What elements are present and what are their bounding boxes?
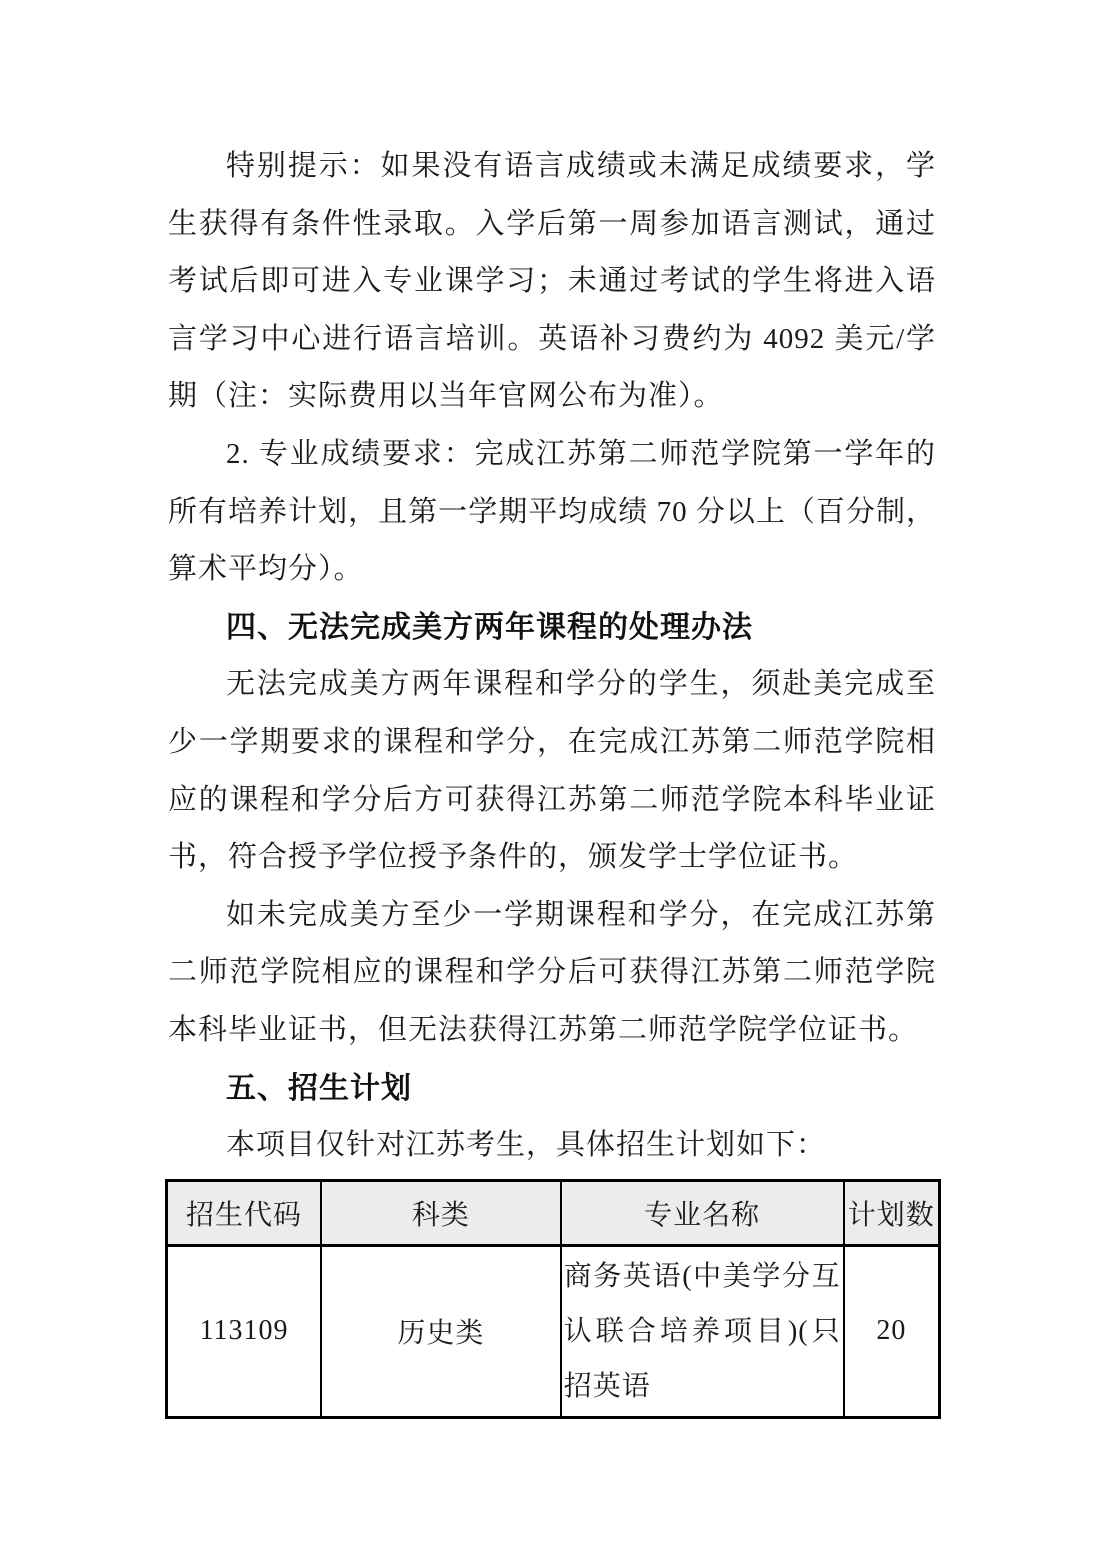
table-header-plan-count: 计划数 [844, 1180, 940, 1245]
cell-plan-count: 20 [844, 1245, 940, 1417]
cell-subject-category: 历史类 [321, 1245, 561, 1417]
paragraph-grade-requirement: 2. 专业成绩要求：完成江苏第二师范学院第一学年的所有培养计划，且第一学期平均成… [168, 426, 936, 599]
table-header-row: 招生代码 科类 专业名称 计划数 [167, 1180, 940, 1245]
document-page: 特别提示：如果没有语言成绩或未满足成绩要求，学生获得有条件性录取。入学后第一周参… [0, 0, 1102, 1559]
paragraph-failure-policy-1: 无法完成美方两年课程和学分的学生，须赴美完成至少一学期要求的课程和学分，在完成江… [168, 656, 936, 886]
paragraph-failure-policy-2: 如未完成美方至少一学期课程和学分，在完成江苏第二师范学院相应的课程和学分后可获得… [168, 887, 936, 1060]
cell-major-name: 商务英语(中美学分互认联合培养项目)(只招英语 [561, 1245, 844, 1417]
table-header-subject-category: 科类 [321, 1180, 561, 1245]
section-heading-five: 五、招生计划 [168, 1060, 936, 1118]
table-header-admission-code: 招生代码 [167, 1180, 322, 1245]
document-content: 特别提示：如果没有语言成绩或未满足成绩要求，学生获得有条件性录取。入学后第一周参… [168, 138, 936, 1419]
table-row: 113109 历史类 商务英语(中美学分互认联合培养项目)(只招英语 20 [167, 1245, 940, 1417]
enrollment-plan-table: 招生代码 科类 专业名称 计划数 113109 历史类 商务英语(中美学分互认联… [165, 1179, 941, 1419]
table-header-major-name: 专业名称 [561, 1180, 844, 1245]
section-heading-four: 四、无法完成美方两年课程的处理办法 [168, 599, 936, 657]
paragraph-plan-intro: 本项目仅针对江苏考生，具体招生计划如下： [168, 1117, 936, 1175]
paragraph-special-note: 特别提示：如果没有语言成绩或未满足成绩要求，学生获得有条件性录取。入学后第一周参… [168, 138, 936, 426]
cell-admission-code: 113109 [167, 1245, 322, 1417]
